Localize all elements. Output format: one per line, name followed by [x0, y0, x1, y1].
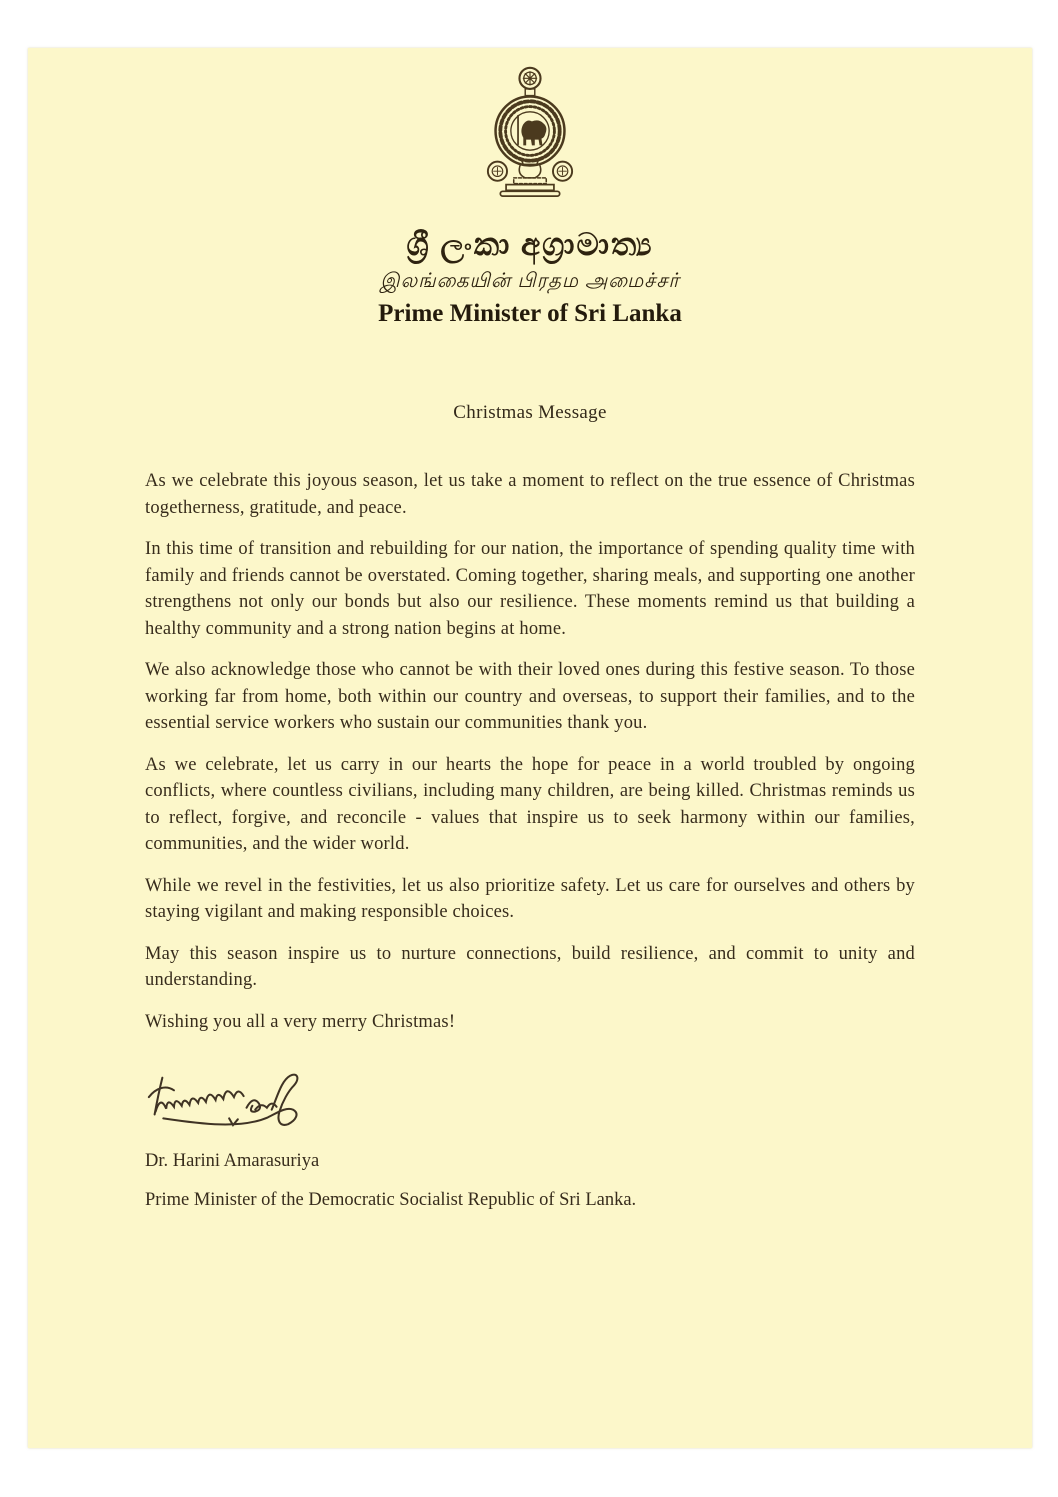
paragraph: We also acknowledge those who cannot be …	[145, 657, 915, 737]
signatory-name: Dr. Harini Amarasuriya	[145, 1148, 915, 1174]
paragraph: In this time of transition and rebuildin…	[145, 536, 915, 642]
paragraph: While we revel in the festivities, let u…	[145, 873, 915, 926]
letterhead-title-tamil: இலங்கையின் பிரதம அமைச்சர்	[28, 267, 1032, 295]
handwritten-signature-icon	[145, 1069, 321, 1129]
paragraph: As we celebrate, let us carry in our hea…	[145, 752, 915, 858]
paragraph: Wishing you all a very merry Christmas!	[145, 1009, 915, 1036]
letterhead-title-sinhala: ශ්‍රී ලංකා අග්‍රාමාත්‍ය	[28, 225, 1032, 265]
paragraph: As we celebrate this joyous season, let …	[145, 468, 915, 521]
paragraph: May this season inspire us to nurture co…	[145, 941, 915, 994]
letterhead-title-english: Prime Minister of Sri Lanka	[28, 298, 1032, 330]
letter-body: As we celebrate this joyous season, let …	[145, 468, 915, 1213]
letterhead	[28, 64, 1032, 203]
signatory-title: Prime Minister of the Democratic Sociali…	[145, 1187, 915, 1213]
scanned-letter-page: { "page": { "background_color": "#ffffff…	[0, 0, 1058, 1497]
sri-lanka-national-emblem-icon	[482, 64, 578, 198]
signature-block: Dr. Harini Amarasuriya Prime Minister of…	[145, 1069, 915, 1213]
document-heading: Christmas Message	[28, 400, 1032, 426]
letter-paper: ශ්‍රී ලංකා අග්‍රාමාත්‍ය இலங்கையின் பிரதம…	[28, 48, 1032, 1448]
